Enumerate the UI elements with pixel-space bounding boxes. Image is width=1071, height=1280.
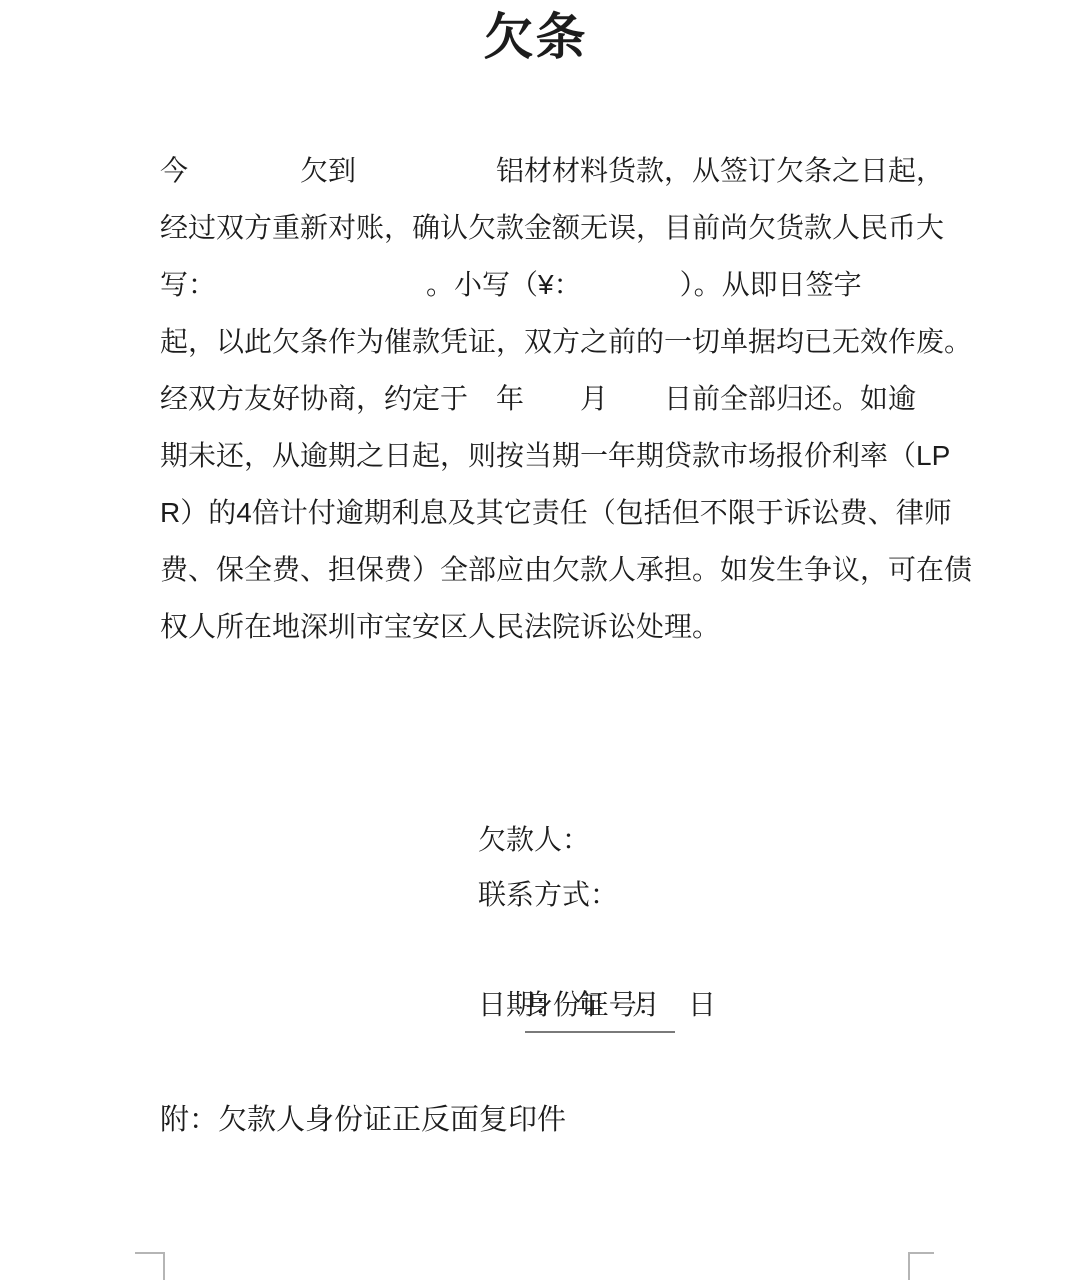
document-body: 今 欠到 铝材材料货款，从签订欠条之日起， 经过双方重新对账，确认欠款金额无误，… bbox=[160, 142, 960, 655]
date-label: 日期： 年 月 日 bbox=[478, 977, 716, 1032]
page-margin-corner-right bbox=[908, 1252, 934, 1280]
contact-label: 联系方式： bbox=[478, 867, 716, 922]
body-line: 写： 。小写（¥： ）。从即日签字 bbox=[160, 256, 960, 313]
attachment-note: 附：欠款人身份证正反面复印件 bbox=[160, 1092, 566, 1149]
iou-document-page: 欠条 今 欠到 铝材材料货款，从签订欠条之日起， 经过双方重新对账，确认欠款金额… bbox=[0, 0, 1071, 1280]
debtor-label: 欠款人： bbox=[478, 812, 716, 867]
body-line: 起，以此欠条作为催款凭证，双方之前的一切单据均已无效作废。 bbox=[160, 313, 960, 370]
body-line: 权人所在地深圳市宝安区人民法院诉讼处理。 bbox=[160, 598, 960, 655]
body-line: 经双方友好协商，约定于 年 月 日前全部归还。如逾 bbox=[160, 370, 960, 427]
body-line: 期未还，从逾期之日起，则按当期一年期贷款市场报价利率（LP bbox=[160, 427, 960, 484]
body-line: 今 欠到 铝材材料货款，从签订欠条之日起， bbox=[160, 142, 960, 199]
page-margin-corner-left bbox=[135, 1252, 165, 1280]
body-line: 费、保全费、担保费）全部应由欠款人承担。如发生争议，可在债 bbox=[160, 541, 960, 598]
body-line: 经过双方重新对账，确认欠款金额无误，目前尚欠货款人民币大 bbox=[160, 199, 960, 256]
signature-block: 欠款人： 联系方式： 身份证号： 日期： 年 月 日 bbox=[478, 812, 716, 1032]
id-number-line: 身份证号： bbox=[478, 922, 716, 977]
document-title: 欠条 bbox=[0, 7, 1071, 67]
body-line: R）的4倍计付逾期利息及其它责任（包括但不限于诉讼费、律师 bbox=[160, 484, 960, 541]
